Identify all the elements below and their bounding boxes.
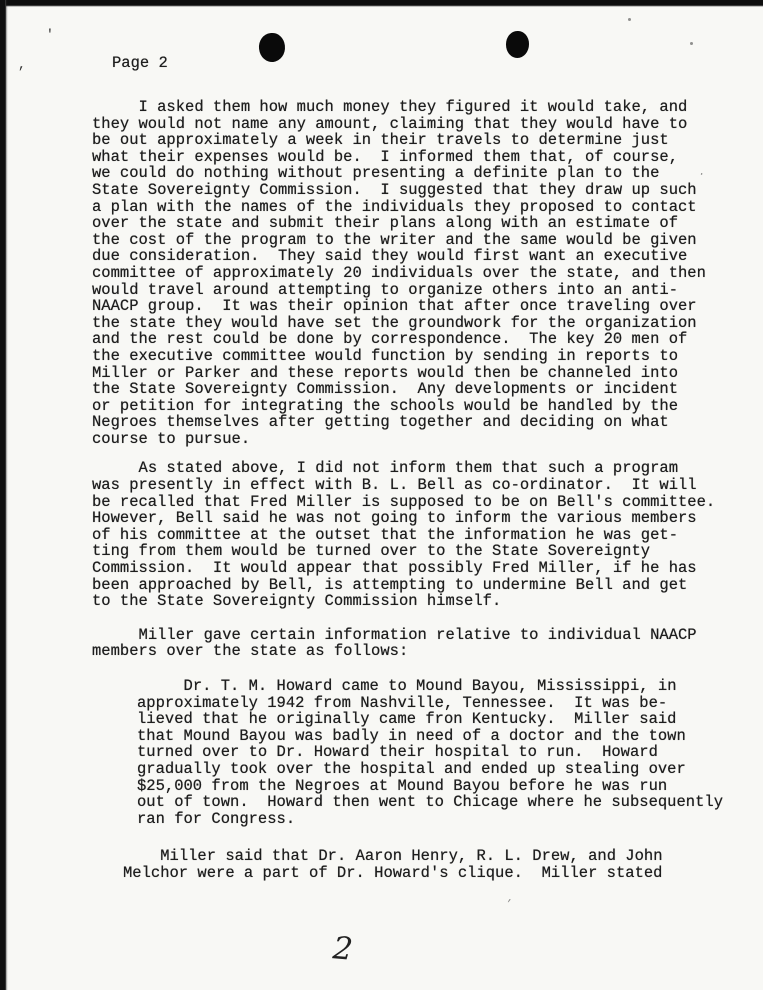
paragraph-dr-howard: Dr. T. M. Howard came to Mound Bayou, Mi… <box>137 678 740 827</box>
page-header-label: Page 2 <box>112 54 168 72</box>
stray-mark-apostrophe: ' <box>46 28 54 41</box>
scan-edge-top <box>0 0 763 7</box>
punch-hole-left <box>258 32 287 64</box>
paragraph-miller-intro: Miller gave certain information relative… <box>92 627 740 660</box>
paragraph-bell-coordinator: As stated above, I did not inform them t… <box>92 460 740 609</box>
scan-speck: ’ <box>504 899 513 911</box>
scan-speck <box>690 42 693 45</box>
paragraph-howard-clique: Miller said that Dr. Aaron Henry, R. L. … <box>123 848 740 881</box>
paragraph-money-plan: I asked them how much money they figured… <box>92 99 740 447</box>
handwritten-page-number: 2 <box>331 930 354 968</box>
document-body: I asked them how much money they figured… <box>92 99 740 882</box>
scanned-document-page: ' , ’ · Page 2 I asked them how much mon… <box>0 0 763 990</box>
stray-mark-comma: , <box>18 58 26 71</box>
scan-edge-left <box>0 0 8 990</box>
scan-speck <box>628 18 631 21</box>
punch-hole-right <box>506 31 529 58</box>
